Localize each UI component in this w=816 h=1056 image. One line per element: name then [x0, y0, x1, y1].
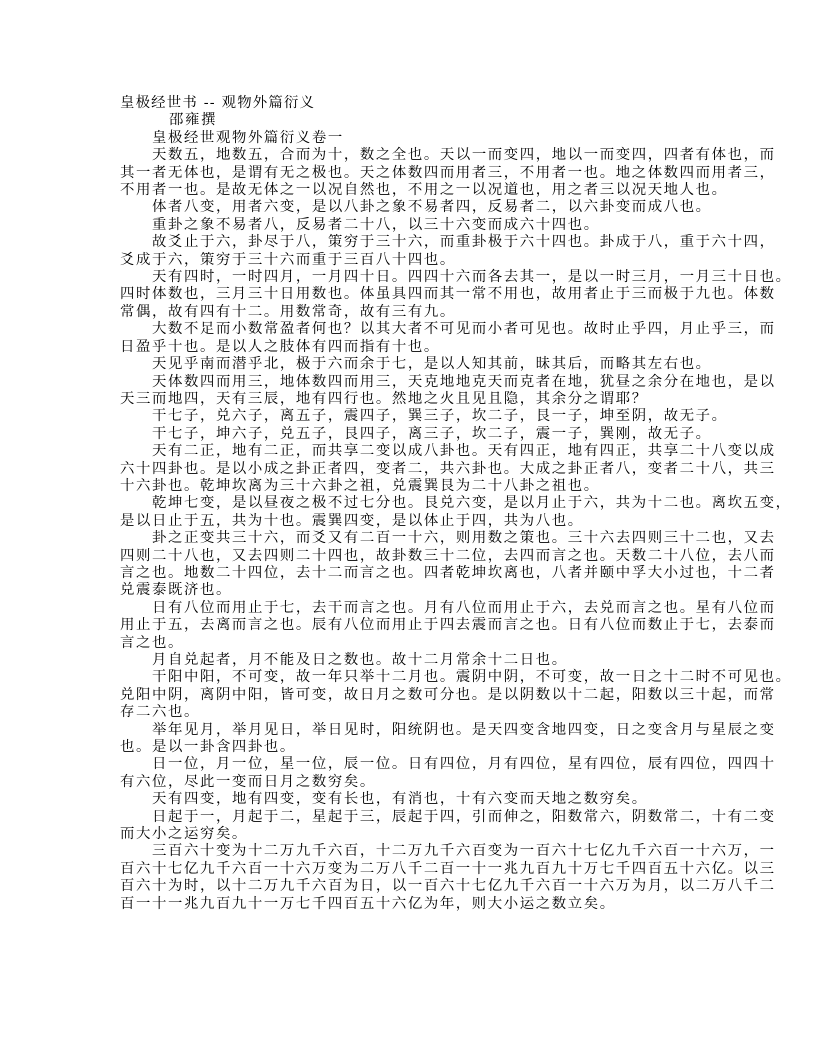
- paragraph-line: 是以日止于五，共为十也。震巽四变，是以体止于四，共为八也。: [120, 513, 720, 530]
- paragraph-line: 四时体数也，三月三十日用数也。体虽具四而其一常不用也，故用者止于三而极于九也。体…: [120, 286, 720, 303]
- paragraph: 干七子，兑六子，离五子，震四子，巽三子，坎二子，艮一子，坤至阴，故无子。: [120, 408, 720, 425]
- paragraph: 天有四时，一时四月，一月四十日。四四十六而各去其一，是以一时三月，一月三十日也。…: [120, 269, 720, 321]
- paragraph-line: 兑阳中阴，离阴中阳，皆可变，故日月之数可分也。是以阴数以十二起，阳数以三十起，而…: [120, 687, 720, 704]
- paragraph-line: 干七子，坤六子，兑五子，艮四子，离三子，坎二子，震一子，巽刚，故无子。: [120, 426, 720, 443]
- paragraph-line: 也。是以一卦含四卦也。: [120, 739, 720, 756]
- paragraph-line: 言之也。: [120, 635, 720, 652]
- paragraph: 干七子，坤六子，兑五子，艮四子，离三子，坎二子，震一子，巽刚，故无子。: [120, 426, 720, 443]
- paragraph-line: 三百六十变为十二万九千六百，十二万九千六百变为一百六十七亿九千六百一十六万，一: [120, 843, 720, 860]
- paragraph-line: 六十四卦也。是以小成之卦正者四，变者二，共六卦也。大成之卦正者八，变者二十八，共…: [120, 461, 720, 478]
- document-title: 皇极经世书 -- 观物外篇衍义: [120, 95, 720, 112]
- paragraph-line: 天体数四而用三，地体数四而用三，天克地地克天而克者在地，犹昼之余分在地也，是以: [120, 374, 720, 391]
- paragraph-line: 天有四变，地有四变，变有长也，有消也，十有六变而天地之数穷矣。: [120, 791, 720, 808]
- paragraph-line: 天三而地四，天有三辰，地有四行也。然地之火且见且隐，其余分之谓耶？: [120, 391, 720, 408]
- paragraph: 日有八位而用止于七，去干而言之也。月有八位而用止于六，去兑而言之也。星有八位而用…: [120, 600, 720, 652]
- paragraph-line: 日盈乎十也。是以人之肢体有四而指有十也。: [120, 339, 720, 356]
- paragraph-line: 常偶，故有四有十二。用数常奇，故有三有九。: [120, 304, 720, 321]
- paragraph: 日一位，月一位，星一位，辰一位。日有四位，月有四位，星有四位，辰有四位，四四十有…: [120, 756, 720, 791]
- paragraph: 天数五，地数五，合而为十，数之全也。天以一而变四，地以一而变四，四者有体也，而其…: [120, 147, 720, 199]
- paragraph-line: 存二六也。: [120, 704, 720, 721]
- paragraph-line: 用止于五，去离而言之也。辰有八位而用止于四去震而言之也。日有八位而数止于七，去泰…: [120, 617, 720, 634]
- paragraph-line: 天见乎南而潜乎北，极于六而余于七，是以人知其前，昧其后，而略其左右也。: [120, 356, 720, 373]
- paragraph-line: 天有二正，地有二正，而共享二变以成八卦也。天有四正，地有四正，共享二十八变以成: [120, 443, 720, 460]
- paragraph-line: 兑震泰既济也。: [120, 582, 720, 599]
- paragraph: 卦之正变共三十六，而爻又有二百一十六，则用数之策也。三十六去四则三十二也，又去四…: [120, 530, 720, 600]
- paragraph-line: 日有八位而用止于七，去干而言之也。月有八位而用止于六，去兑而言之也。星有八位而: [120, 600, 720, 617]
- paragraph: 月自兑起者，月不能及日之数也。故十二月常余十二日也。: [120, 652, 720, 669]
- paragraph-line: 爻成于六，策穷于三十六而重于三百八十四也。: [120, 252, 720, 269]
- paragraph-line: 四则二十八也，又去四则二十四也，故卦数三十二位，去四而言之也。天数二十八位，去八…: [120, 548, 720, 565]
- paragraph-line: 天有四时，一时四月，一月四十日。四四十六而各去其一，是以一时三月，一月三十日也。: [120, 269, 720, 286]
- paragraph: 三百六十变为十二万九千六百，十二万九千六百变为一百六十七亿九千六百一十六万，一百…: [120, 843, 720, 913]
- paragraph-line: 而大小之运穷矣。: [120, 826, 720, 843]
- paragraph-line: 故爻止于六，卦尽于八，策穷于三十六，而重卦极于六十四也。卦成于八，重于六十四，: [120, 234, 720, 251]
- paragraph-line: 十六卦也。乾坤坎离为三十六卦之祖，兑震巽艮为二十八卦之祖也。: [120, 478, 720, 495]
- paragraph-line: 日起于一，月起于二，星起于三，辰起于四，引而伸之，阳数常六，阴数常二，十有二变: [120, 809, 720, 826]
- paragraph-line: 不用者一也。是故无体之一以况自然也，不用之一以况道也，用之者三以况天地人也。: [120, 182, 720, 199]
- paragraph-line: 体者八变，用者六变，是以八卦之象不易者四，反易者二，以六卦变而成八也。: [120, 199, 720, 216]
- paragraph: 天体数四而用三，地体数四而用三，天克地地克天而克者在地，犹昼之余分在地也，是以天…: [120, 374, 720, 409]
- paragraph-line: 言之也。地数二十四位，去十二而言之也。四者乾坤坎离也，八者并颐中孚大小过也，十二…: [120, 565, 720, 582]
- paragraph: 天见乎南而潜乎北，极于六而余于七，是以人知其前，昧其后，而略其左右也。: [120, 356, 720, 373]
- paragraph-line: 月自兑起者，月不能及日之数也。故十二月常余十二日也。: [120, 652, 720, 669]
- paragraph-line: 百六十七亿九千六百一十六万变为二万八千二百一十一兆九百九十万七千四百五十六亿。以…: [120, 861, 720, 878]
- paragraph-line: 百一十一兆九百九十一万七千四百五十六亿为年，则大小运之数立矣。: [120, 896, 720, 913]
- paragraph-line: 卦之正变共三十六，而爻又有二百一十六，则用数之策也。三十六去四则三十二也，又去: [120, 530, 720, 547]
- paragraph-line: 日一位，月一位，星一位，辰一位。日有四位，月有四位，星有四位，辰有四位，四四十: [120, 756, 720, 773]
- paragraph: 天有四变，地有四变，变有长也，有消也，十有六变而天地之数穷矣。: [120, 791, 720, 808]
- paragraph: 举年见月，举月见日，举日见时，阳统阴也。是天四变含地四变，日之变含月与星辰之变也…: [120, 722, 720, 757]
- paragraph-line: 其一者无体也，是谓有无之极也。天之体数四而用者三，不用者一也。地之体数四而用者三…: [120, 165, 720, 182]
- paragraph-line: 有六位，尽此一变而日月之数穷矣。: [120, 774, 720, 791]
- paragraph: 重卦之象不易者八，反易者二十八，以三十六变而成六十四也。: [120, 217, 720, 234]
- paragraph: 天有二正，地有二正，而共享二变以成八卦也。天有四正，地有四正，共享二十八变以成六…: [120, 443, 720, 495]
- paragraph: 故爻止于六，卦尽于八，策穷于三十六，而重卦极于六十四也。卦成于八，重于六十四，爻…: [120, 234, 720, 269]
- paragraph-line: 干阳中阳，不可变，故一年只举十二月也。震阴中阴，不可变，故一日之十二时不可见也。: [120, 669, 720, 686]
- paragraph-line: 干七子，兑六子，离五子，震四子，巽三子，坎二子，艮一子，坤至阴，故无子。: [120, 408, 720, 425]
- paragraph-line: 百六十为时，以十二万九千六百为日，以一百六十七亿九千六百一十六万为月，以二万八千…: [120, 878, 720, 895]
- author-line: 邵雍撰: [120, 112, 720, 129]
- paragraph: 体者八变，用者六变，是以八卦之象不易者四，反易者二，以六卦变而成八也。: [120, 199, 720, 216]
- paragraph: 乾坤七变，是以昼夜之极不过七分也。艮兑六变，是以月止于六，共为十二也。离坎五变，…: [120, 495, 720, 530]
- paragraph-line: 乾坤七变，是以昼夜之极不过七分也。艮兑六变，是以月止于六，共为十二也。离坎五变，: [120, 495, 720, 512]
- paragraph-line: 天数五，地数五，合而为十，数之全也。天以一而变四，地以一而变四，四者有体也，而: [120, 147, 720, 164]
- paragraph-line: 大数不足而小数常盈者何也？以其大者不可见而小者可见也。故时止乎四，月止乎三，而: [120, 321, 720, 338]
- paragraph: 大数不足而小数常盈者何也？以其大者不可见而小者可见也。故时止乎四，月止乎三，而日…: [120, 321, 720, 356]
- paragraph: 日起于一，月起于二，星起于三，辰起于四，引而伸之，阳数常六，阴数常二，十有二变而…: [120, 809, 720, 844]
- paragraph-line: 重卦之象不易者八，反易者二十八，以三十六变而成六十四也。: [120, 217, 720, 234]
- paragraph-line: 举年见月，举月见日，举日见时，阳统阴也。是天四变含地四变，日之变含月与星辰之变: [120, 722, 720, 739]
- paragraph: 干阳中阳，不可变，故一年只举十二月也。震阴中阴，不可变，故一日之十二时不可见也。…: [120, 669, 720, 721]
- chapter-heading: 皇极经世观物外篇衍义卷一: [120, 130, 720, 147]
- document-page: 皇极经世书 -- 观物外篇衍义 邵雍撰 皇极经世观物外篇衍义卷一 天数五，地数五…: [120, 95, 720, 913]
- body-text: 天数五，地数五，合而为十，数之全也。天以一而变四，地以一而变四，四者有体也，而其…: [120, 147, 720, 913]
